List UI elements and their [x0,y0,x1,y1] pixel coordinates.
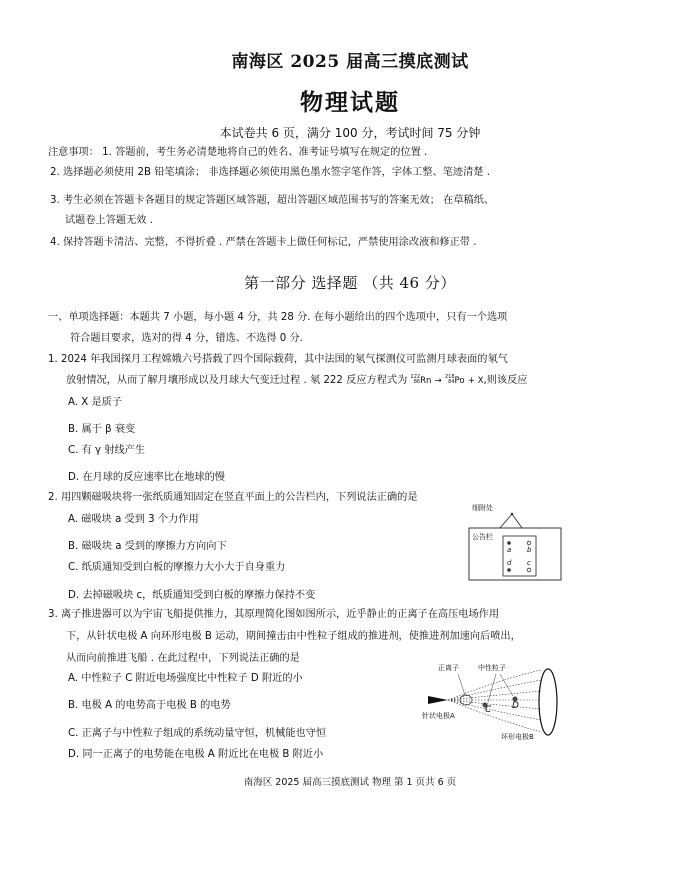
ring-electrode-label: 环形电极B [501,732,534,742]
q1-stem-line1: 1. 2024 年我国探月工程嫦娥六号搭载了四个国际载荷，其中法国的氡气探测仪可… [48,353,508,367]
note-line-2: 2. 选择题必须使用 2B 铅笔填涂； 非选择题必须使用黑色墨水签字笔作答，字体… [50,166,490,180]
ion-thruster-figure: 正离子 中性粒子 针状电极A 环形电极B C D [418,660,578,745]
equation-post: ,则该反应 [483,375,527,386]
q3-stem-line1: 3. 离子推进器可以为宇宙飞船提供推力，其原理简化图如图所示，近乎静止的正离子在… [48,608,499,622]
exam-title: 南海区 2025 届高三摸底测试 [0,47,700,72]
bulletin-board-figure: 细附处 公告栏 a b c d [462,503,568,585]
part1-intro-line2: 符合题目要求，选对的得 4 分，错选、不选得 0 分. [70,332,303,346]
neutral-particle-label: 中性粒子 [478,663,506,673]
nuclear-equation: 222 86 Rn → 218 84 Po + X,则该反应 [411,375,528,386]
magnet-d-label: d [507,559,511,567]
q2-number: 2. [48,492,58,503]
q3-option-b: B. 电极 A 的电势高于电极 B 的电势 [68,699,231,713]
po-numbers: 218 84 [445,375,455,385]
q3-stem-line2: 下，从针状电极 A 向环形电极 B 运动，期间撞击由中性粒子组成的推进剂，使推进… [66,630,521,644]
q2-option-d: D. 去掉磁吸块 c，纸质通知受到白板的摩擦力保持不变 [68,589,315,603]
plus-x: + X [468,376,484,386]
po-charge: 84 [445,380,455,385]
arrow: → [435,376,442,386]
q1-stem-line2: 放射情况，从而了解月壤形成以及月球大气变迁过程 . 氡 222 反应方程式为 2… [66,374,527,388]
q3-number: 3. [48,609,58,620]
q1-stem-text-2: 放射情况，从而了解月壤形成以及月球大气变迁过程 . 氡 222 反应方程式为 [66,375,407,386]
rn-symbol: Rn [420,376,431,386]
point-d-label: D [512,701,519,711]
point-c-label: C [485,705,491,715]
magnet-c-label: c [527,559,531,567]
subject-title: 物理试题 [0,84,700,117]
q1-number: 1. [48,354,58,365]
q1-option-a: A. X 是质子 [68,396,122,410]
po-symbol: Po [455,376,465,386]
magnet-b-label: b [527,546,531,554]
q2-stem-line1: 2. 用四颗磁吸块将一张纸质通知固定在竖直平面上的公告栏内，下列说法正确的是 [48,491,418,505]
q2-option-c: C. 纸质通知受到白板的摩擦力大小大于自身重力 [68,561,285,575]
q2-option-a: A. 磁吸块 a 受到 3 个力作用 [68,513,199,527]
q1-option-d: D. 在月球的反应速率比在地球的慢 [68,471,225,485]
board-label: 公告栏 [472,532,493,542]
q1-option-c: C. 有 γ 射线产生 [68,444,145,458]
exam-info: 本试卷共 6 页，满分 100 分，考试时间 75 分钟 [0,124,700,141]
q3-option-d: D. 同一正离子的电势能在电极 A 附近比在电极 B 附近小 [68,748,323,762]
note-line-3-cont: 试题卷上答题无效 . [65,214,153,228]
magnet-a-label: a [507,546,511,554]
page-footer: 南海区 2025 届高三摸底测试 物理 第 1 页共 6 页 [0,774,700,788]
q2-stem-text: 用四颗磁吸块将一张纸质通知固定在竖直平面上的公告栏内，下列说法正确的是 [61,492,418,503]
q3-stem-line3: 从而向前推进飞船 . 在此过程中，下列说法正确的是 [66,652,300,666]
note-line-4: 4. 保持答题卡清洁、完整，不得折叠 . 严禁在答题卡上做任何标记，严禁使用涂改… [50,236,476,250]
part1-intro-line1: 一、单项选择题：本题共 7 小题，每小题 4 分，共 28 分. 在每小题给出的… [48,311,507,325]
rn-numbers: 222 86 [411,375,421,385]
q3-option-c: C. 正离子与中性粒子组成的系统动量守恒，机械能也守恒 [68,727,326,741]
rn-charge: 86 [411,380,421,385]
q1-stem-text: 2024 年我国探月工程嫦娥六号搭载了四个国际载荷，其中法国的氡气探测仪可监测月… [61,354,508,365]
positive-ion-label: 正离子 [438,663,459,673]
note-line-3: 3. 考生必须在答题卡各题目的规定答题区域答题，超出答题区域范围书写的答案无效；… [50,194,494,208]
q1-option-b: B. 属于 β 衰变 [68,423,135,437]
q2-option-b: B. 磁吸块 a 受到的摩擦力方向向下 [68,540,227,554]
bulletin-board-diagram [462,503,568,585]
note-line-1: 注意事项： 1. 答题前，考生务必清楚地将自己的姓名、准考证号填写在规定的位置 … [48,146,427,160]
q3-stem-text: 离子推进器可以为宇宙飞船提供推力，其原理简化图如图所示，近乎静止的正离子在高压电… [61,609,499,620]
section-title: 第一部分 选择题 （共 46 分） [0,272,700,293]
needle-electrode-label: 针状电极A [422,711,455,721]
q3-option-a: A. 中性粒子 C 附近电场强度比中性粒子 D 附近的小 [68,672,303,686]
hanging-point-label: 细附处 [472,503,493,513]
